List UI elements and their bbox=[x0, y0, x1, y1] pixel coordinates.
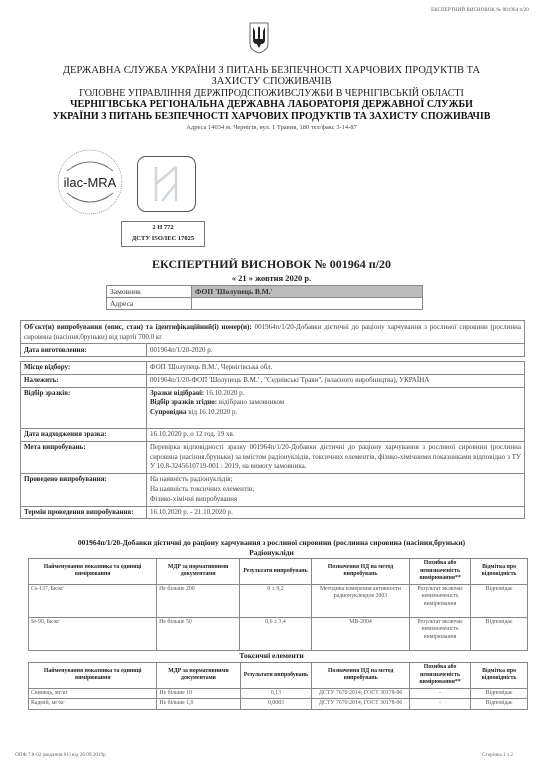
sample-info-table: Місце відбору: ФОП 'Шолупець В.М.', Черн… bbox=[20, 361, 525, 519]
table-cell: МВ-2004 bbox=[311, 617, 409, 650]
header-line-1b: ЗАХИСТУ СПОЖИВАЧІВ bbox=[0, 76, 543, 87]
address-row: Адреса bbox=[107, 298, 423, 310]
header-laboratory: ЧЕРНІГІВСЬКА РЕГІОНАЛЬНА ДЕРЖАВНА ЛАБОРА… bbox=[0, 99, 543, 122]
column-header: Похибка або невизначеність вимірювання** bbox=[409, 663, 470, 689]
test-item: На наявність радіонуклідів; bbox=[150, 475, 521, 485]
sampling-by-value: відібрано замовником bbox=[219, 398, 284, 406]
purpose-row: Мета випробувань: Перевірка відповідност… bbox=[21, 441, 525, 473]
toxic-elements-heading: Токсичні елементи bbox=[0, 651, 543, 660]
column-header: Похибка або невизначеність вимірювання** bbox=[410, 559, 471, 585]
table-header-row: Найменування показника та одиниці вимірю… bbox=[29, 559, 528, 585]
belongs-label: Належить: bbox=[21, 374, 147, 387]
table-cell: 0,13 bbox=[240, 688, 312, 699]
product-heading: 001964п/1/20-Добавки дієтичні до раціону… bbox=[0, 538, 543, 547]
accompanying-value: від 16.10.2020 р. bbox=[188, 408, 237, 416]
table-cell: Sr-90, Бк/кг bbox=[29, 617, 157, 650]
table-cell: - bbox=[409, 688, 470, 699]
table-cell: Не більше 1,0 bbox=[157, 699, 240, 710]
table-row: Sr-90, Бк/кгНе більше 500,6 ± 3,4МВ-2004… bbox=[29, 617, 528, 650]
table-cell: Свинець, мг/кг bbox=[29, 688, 157, 699]
table-cell: Відповідає bbox=[471, 688, 528, 699]
table-cell: ДСТУ 7670:2014; ГОСТ 30178-96 bbox=[312, 699, 410, 710]
purpose-value: Перевірка відповідності зразку 001964п/1… bbox=[147, 441, 525, 473]
column-header: Найменування показника та одиниці вимірю… bbox=[29, 663, 157, 689]
column-header: Позначення НД на метод випробувань bbox=[312, 663, 410, 689]
received-label: Дата надходження зразка: bbox=[21, 428, 147, 441]
toxic-elements-table: Найменування показника та одиниці вимірю… bbox=[28, 662, 528, 710]
header-line-1: ДЕРЖАВНА СЛУЖБА УКРАЇНИ З ПИТАНЬ БЕЗПЕЧН… bbox=[0, 65, 543, 76]
header-department: ГОЛОВНЕ УПРАВЛІННЯ ДЕРЖПРОДСПОЖИВСЛУЖБИ … bbox=[0, 88, 543, 99]
table-cell: Відповідає bbox=[471, 699, 528, 710]
customer-table: Замовник ФОП 'Шолупець В.М.' Адреса bbox=[106, 285, 423, 310]
document-title: ЕКСПЕРТНИЙ ВИСНОВОК № 001964 п/20 bbox=[0, 257, 543, 272]
column-header: Відмітка про відповідність bbox=[471, 663, 528, 689]
sampling-label: Відбір зразків: bbox=[21, 387, 147, 428]
column-header: Відмітка про відповідність bbox=[471, 559, 528, 585]
radionuclides-heading: Радіонукліди bbox=[0, 548, 543, 557]
tests-row: Проведено випробування: На наявність рад… bbox=[21, 474, 525, 506]
header-line-3: ЧЕРНІГІВСЬКА РЕГІОНАЛЬНА ДЕРЖАВНА ЛАБОРА… bbox=[0, 99, 543, 111]
table-row: Cs-137, Бк/кгНе більше 2000 ± 9,2Методик… bbox=[29, 584, 528, 617]
customer-label: Замовник bbox=[107, 286, 192, 298]
sampled-key: Зразки відібрані: bbox=[150, 389, 204, 397]
column-header: МДР за нормативними документами bbox=[157, 663, 240, 689]
period-row: Термін проведення випробування: 16.10.20… bbox=[21, 506, 525, 519]
column-header: Позначення НД на метод випробувань bbox=[311, 559, 409, 585]
sampling-by-key: Відбір зразків згідно: bbox=[150, 398, 217, 406]
customer-value: ФОП 'Шолупець В.М.' bbox=[192, 286, 423, 298]
table-cell: Cs-137, Бк/кг bbox=[29, 584, 157, 617]
manufacture-date-value: 001964п/1/20-2020 р. bbox=[147, 344, 525, 357]
document-date: « 21 » жовтня 2020 р. bbox=[0, 273, 543, 283]
period-label: Термін проведення випробування: bbox=[21, 506, 147, 519]
ilac-mra-logo: ilac-MRA bbox=[55, 147, 125, 217]
accreditation-standard: ДСТУ ISO/IEC 17025 bbox=[122, 233, 204, 244]
belongs-row: Належить: 001964п/1/20-ФОП 'Шолупець В.М… bbox=[21, 374, 525, 387]
laboratory-mark-icon bbox=[138, 157, 195, 211]
place-label: Місце відбору: bbox=[21, 362, 147, 375]
place-row: Місце відбору: ФОП 'Шолупець В.М.', Черн… bbox=[21, 362, 525, 375]
table-cell: - bbox=[409, 699, 470, 710]
footer-form-code: ОПФ 7.8-02 (видання 01) від 26.09.2019р bbox=[15, 752, 106, 758]
ukraine-coat-of-arms-icon bbox=[249, 22, 269, 54]
table-cell: Не більше 50 bbox=[157, 617, 240, 650]
purpose-label: Мета випробувань: bbox=[21, 441, 147, 473]
header-line-4: УКРАЇНИ З ПИТАНЬ БЕЗПЕЧНОСТІ ХАРЧОВИХ ПР… bbox=[0, 111, 543, 123]
received-row: Дата надходження зразка: 16.10.2020 р. о… bbox=[21, 428, 525, 441]
sampled-value: 16.10.2020 р. bbox=[206, 389, 245, 397]
column-header: Результати випробувань bbox=[240, 559, 312, 585]
table-cell: Відповідає bbox=[471, 617, 528, 650]
manufacture-date-label: Дата виготовлення: bbox=[24, 346, 87, 354]
accompanying-key: Супровідна bbox=[150, 408, 186, 416]
table-cell: Відповідає bbox=[471, 584, 528, 617]
object-label: Об'єкт(и) випробування (опис, стан) та і… bbox=[24, 323, 252, 331]
column-header: МДР за нормативними документами bbox=[157, 559, 240, 585]
sampling-row: Відбір зразків: Зразки відібрані: 16.10.… bbox=[21, 387, 525, 428]
table-cell: 0 ± 9,2 bbox=[240, 584, 312, 617]
period-value: 16.10.2020 р. - 21.10.2020 р. bbox=[147, 506, 525, 519]
column-header: Найменування показника та одиниці вимірю… bbox=[29, 559, 157, 585]
belongs-value: 001964п/1/20-ФОП 'Шолупець В.М.' , "Седн… bbox=[147, 374, 525, 387]
table-cell: Результат включає невизначеність вимірюв… bbox=[410, 584, 471, 617]
object-table: Об'єкт(и) випробування (опис, стан) та і… bbox=[20, 320, 525, 357]
table-row: Свинець, мг/кгНе більше 100,13ДСТУ 7670:… bbox=[29, 688, 528, 699]
test-item: Фізико-хімічні випробування bbox=[150, 495, 521, 505]
column-header: Результати випробувань bbox=[240, 663, 312, 689]
tests-label: Проведено випробування: bbox=[21, 474, 147, 506]
table-cell: Результат включає невизначеність вимірюв… bbox=[410, 617, 471, 650]
object-row: Об'єкт(и) випробування (опис, стан) та і… bbox=[21, 321, 525, 344]
place-value: ФОП 'Шолупець В.М.', Чернігівська обл. bbox=[147, 362, 525, 375]
customer-row: Замовник ФОП 'Шолупець В.М.' bbox=[107, 286, 423, 298]
table-cell: Методика измерения активности радионукле… bbox=[311, 584, 409, 617]
table-row: Кадмій, мг/кгНе більше 1,00,0083ДСТУ 767… bbox=[29, 699, 528, 710]
laboratory-logo bbox=[137, 156, 196, 212]
table-cell: Кадмій, мг/кг bbox=[29, 699, 157, 710]
received-value: 16.10.2020 р. о 12 год. 19 хв. bbox=[147, 428, 525, 441]
top-reference: ЕКСПЕРТНИЙ ВИСНОВОК № 001964 п/20 bbox=[431, 8, 529, 13]
table-cell: Не більше 200 bbox=[157, 584, 240, 617]
header-address: Адреса 14034 м. Чернігів, вул. 1 Травня,… bbox=[0, 122, 543, 133]
accreditation-box: 2 Н 772 ДСТУ ISO/IEC 17025 bbox=[121, 221, 205, 247]
table-cell: ДСТУ 7670:2014; ГОСТ 30178-96 bbox=[312, 688, 410, 699]
header-ministry: ДЕРЖАВНА СЛУЖБА УКРАЇНИ З ПИТАНЬ БЕЗПЕЧН… bbox=[0, 65, 543, 88]
manufacture-date-row: Дата виготовлення: 001964п/1/20-2020 р. bbox=[21, 344, 525, 357]
table-header-row: Найменування показника та одиниці вимірю… bbox=[29, 663, 528, 689]
table-cell: 0,0083 bbox=[240, 699, 312, 710]
footer-page-number: Сторінка 1 з 2 bbox=[482, 752, 513, 758]
address-label: Адреса bbox=[107, 298, 192, 310]
table-cell: Не більше 10 bbox=[157, 688, 240, 699]
address-value bbox=[192, 298, 423, 310]
test-item: На наявність токсичних елементів; bbox=[150, 485, 521, 495]
radionuclides-table: Найменування показника та одиниці вимірю… bbox=[28, 558, 528, 651]
svg-text:ilac-MRA: ilac-MRA bbox=[64, 175, 117, 190]
table-cell: 0,6 ± 3,4 bbox=[240, 617, 312, 650]
accreditation-number: 2 Н 772 bbox=[122, 222, 204, 233]
